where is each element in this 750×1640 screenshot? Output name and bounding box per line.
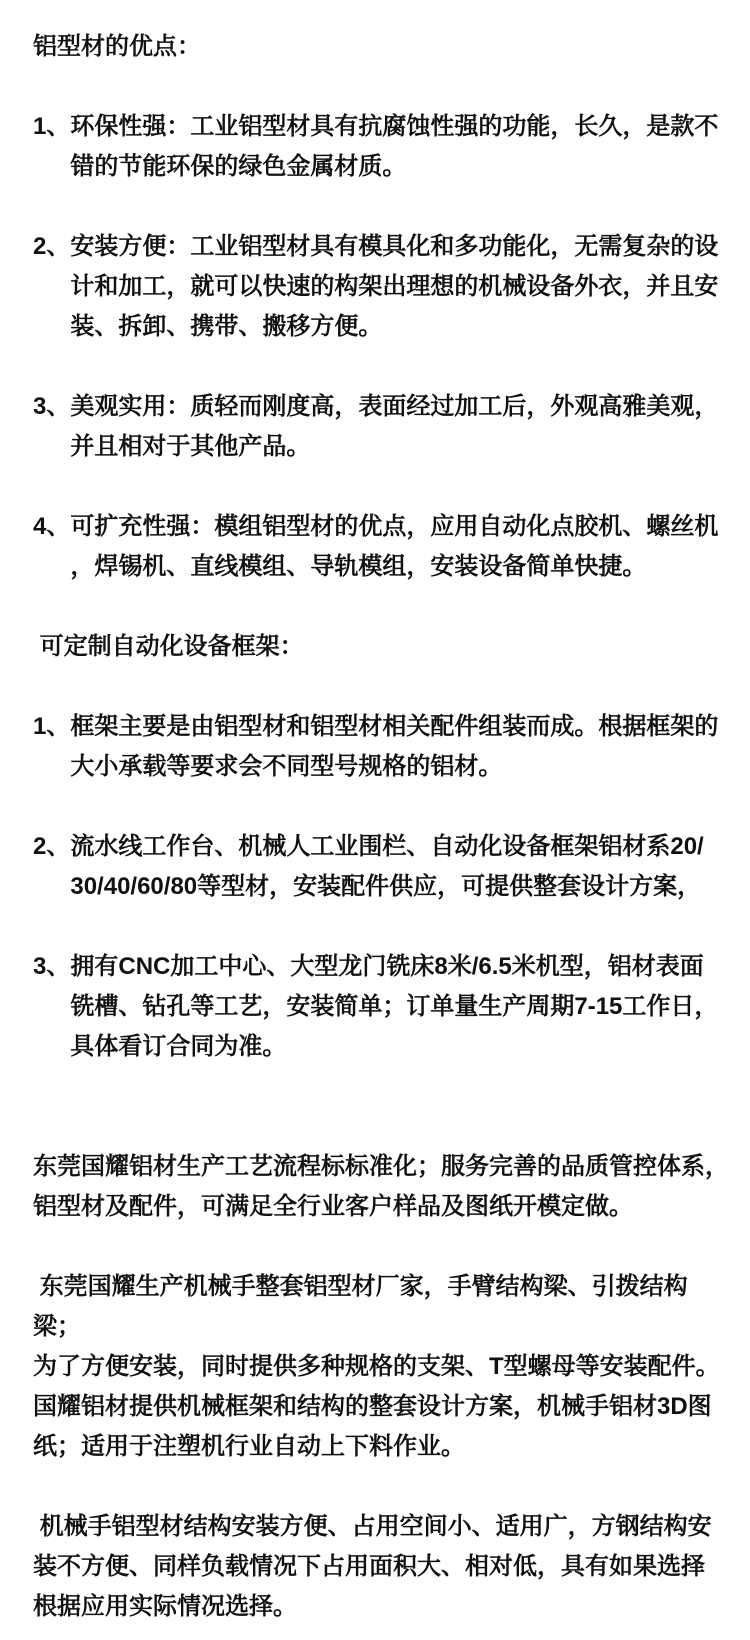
list-item: 3、 拥有CNC加工中心、大型龙门铣床8米/6.5米机型，铝材表面 铣槽、钻孔等… [33, 947, 732, 1067]
paragraph-structure-comparison: 机械手铝型材结构安装方便、占用空间小、适用广，方钢结构安 装不方便、同样负载情况… [33, 1507, 732, 1627]
custom-frames-list: 1、 框架主要是由铝型材和铝型材相关配件组装而成。根据框架的 大小承载等要求会不… [33, 707, 732, 1067]
list-text: 美观实用：质轻而刚度高，表面经过加工后，外观高雅美观， 并且相对于其他产品。 [70, 387, 732, 467]
list-marker: 3、 [33, 387, 70, 427]
list-item: 1、 环保性强：工业铝型材具有抗腐蚀性强的功能，长久，是款不 错的节能环保的绿色… [33, 107, 732, 187]
section-title-aluminum-advantages: 铝型材的优点： [33, 27, 732, 67]
list-marker: 2、 [33, 227, 70, 267]
list-item: 2、 安装方便：工业铝型材具有模具化和多功能化，无需复杂的设 计和加工，就可以快… [33, 227, 732, 347]
list-marker: 1、 [33, 707, 70, 747]
section-title-custom-automation-frames: 可定制自动化设备框架： [33, 627, 732, 667]
advantages-list: 1、 环保性强：工业铝型材具有抗腐蚀性强的功能，长久，是款不 错的节能环保的绿色… [33, 107, 732, 587]
list-text: 框架主要是由铝型材和铝型材相关配件组装而成。根据框架的 大小承载等要求会不同型号… [70, 707, 732, 787]
list-text: 环保性强：工业铝型材具有抗腐蚀性强的功能，长久，是款不 错的节能环保的绿色金属材… [70, 107, 732, 187]
list-text: 可扩充性强：模组铝型材的优点，应用自动化点胶机、螺丝机 ，焊锡机、直线模组、导轨… [70, 507, 732, 587]
list-item: 4、 可扩充性强：模组铝型材的优点，应用自动化点胶机、螺丝机 ，焊锡机、直线模组… [33, 507, 732, 587]
paragraph-factory-process: 东莞国耀铝材生产工艺流程标标准化；服务完善的品质管控体系， 铝型材及配件，可满足… [33, 1147, 732, 1227]
list-marker: 4、 [33, 507, 70, 547]
list-marker: 1、 [33, 107, 70, 147]
paragraph-robot-arm-profiles: 东莞国耀生产机械手整套铝型材厂家，手臂结构梁、引拨结构梁； 为了方便安装，同时提… [33, 1267, 732, 1467]
product-description-document: 铝型材的优点： 1、 环保性强：工业铝型材具有抗腐蚀性强的功能，长久，是款不 错… [0, 0, 750, 1627]
list-text: 安装方便：工业铝型材具有模具化和多功能化，无需复杂的设 计和加工，就可以快速的构… [70, 227, 732, 347]
list-item: 1、 框架主要是由铝型材和铝型材相关配件组装而成。根据框架的 大小承载等要求会不… [33, 707, 732, 787]
list-item: 2、 流水线工作台、机械人工业围栏、自动化设备框架铝材系20/ 30/40/60… [33, 827, 732, 907]
list-text: 流水线工作台、机械人工业围栏、自动化设备框架铝材系20/ 30/40/60/80… [70, 827, 732, 907]
list-marker: 2、 [33, 827, 70, 867]
list-item: 3、 美观实用：质轻而刚度高，表面经过加工后，外观高雅美观， 并且相对于其他产品… [33, 387, 732, 467]
list-text: 拥有CNC加工中心、大型龙门铣床8米/6.5米机型，铝材表面 铣槽、钻孔等工艺，… [70, 947, 732, 1067]
list-marker: 3、 [33, 947, 70, 987]
